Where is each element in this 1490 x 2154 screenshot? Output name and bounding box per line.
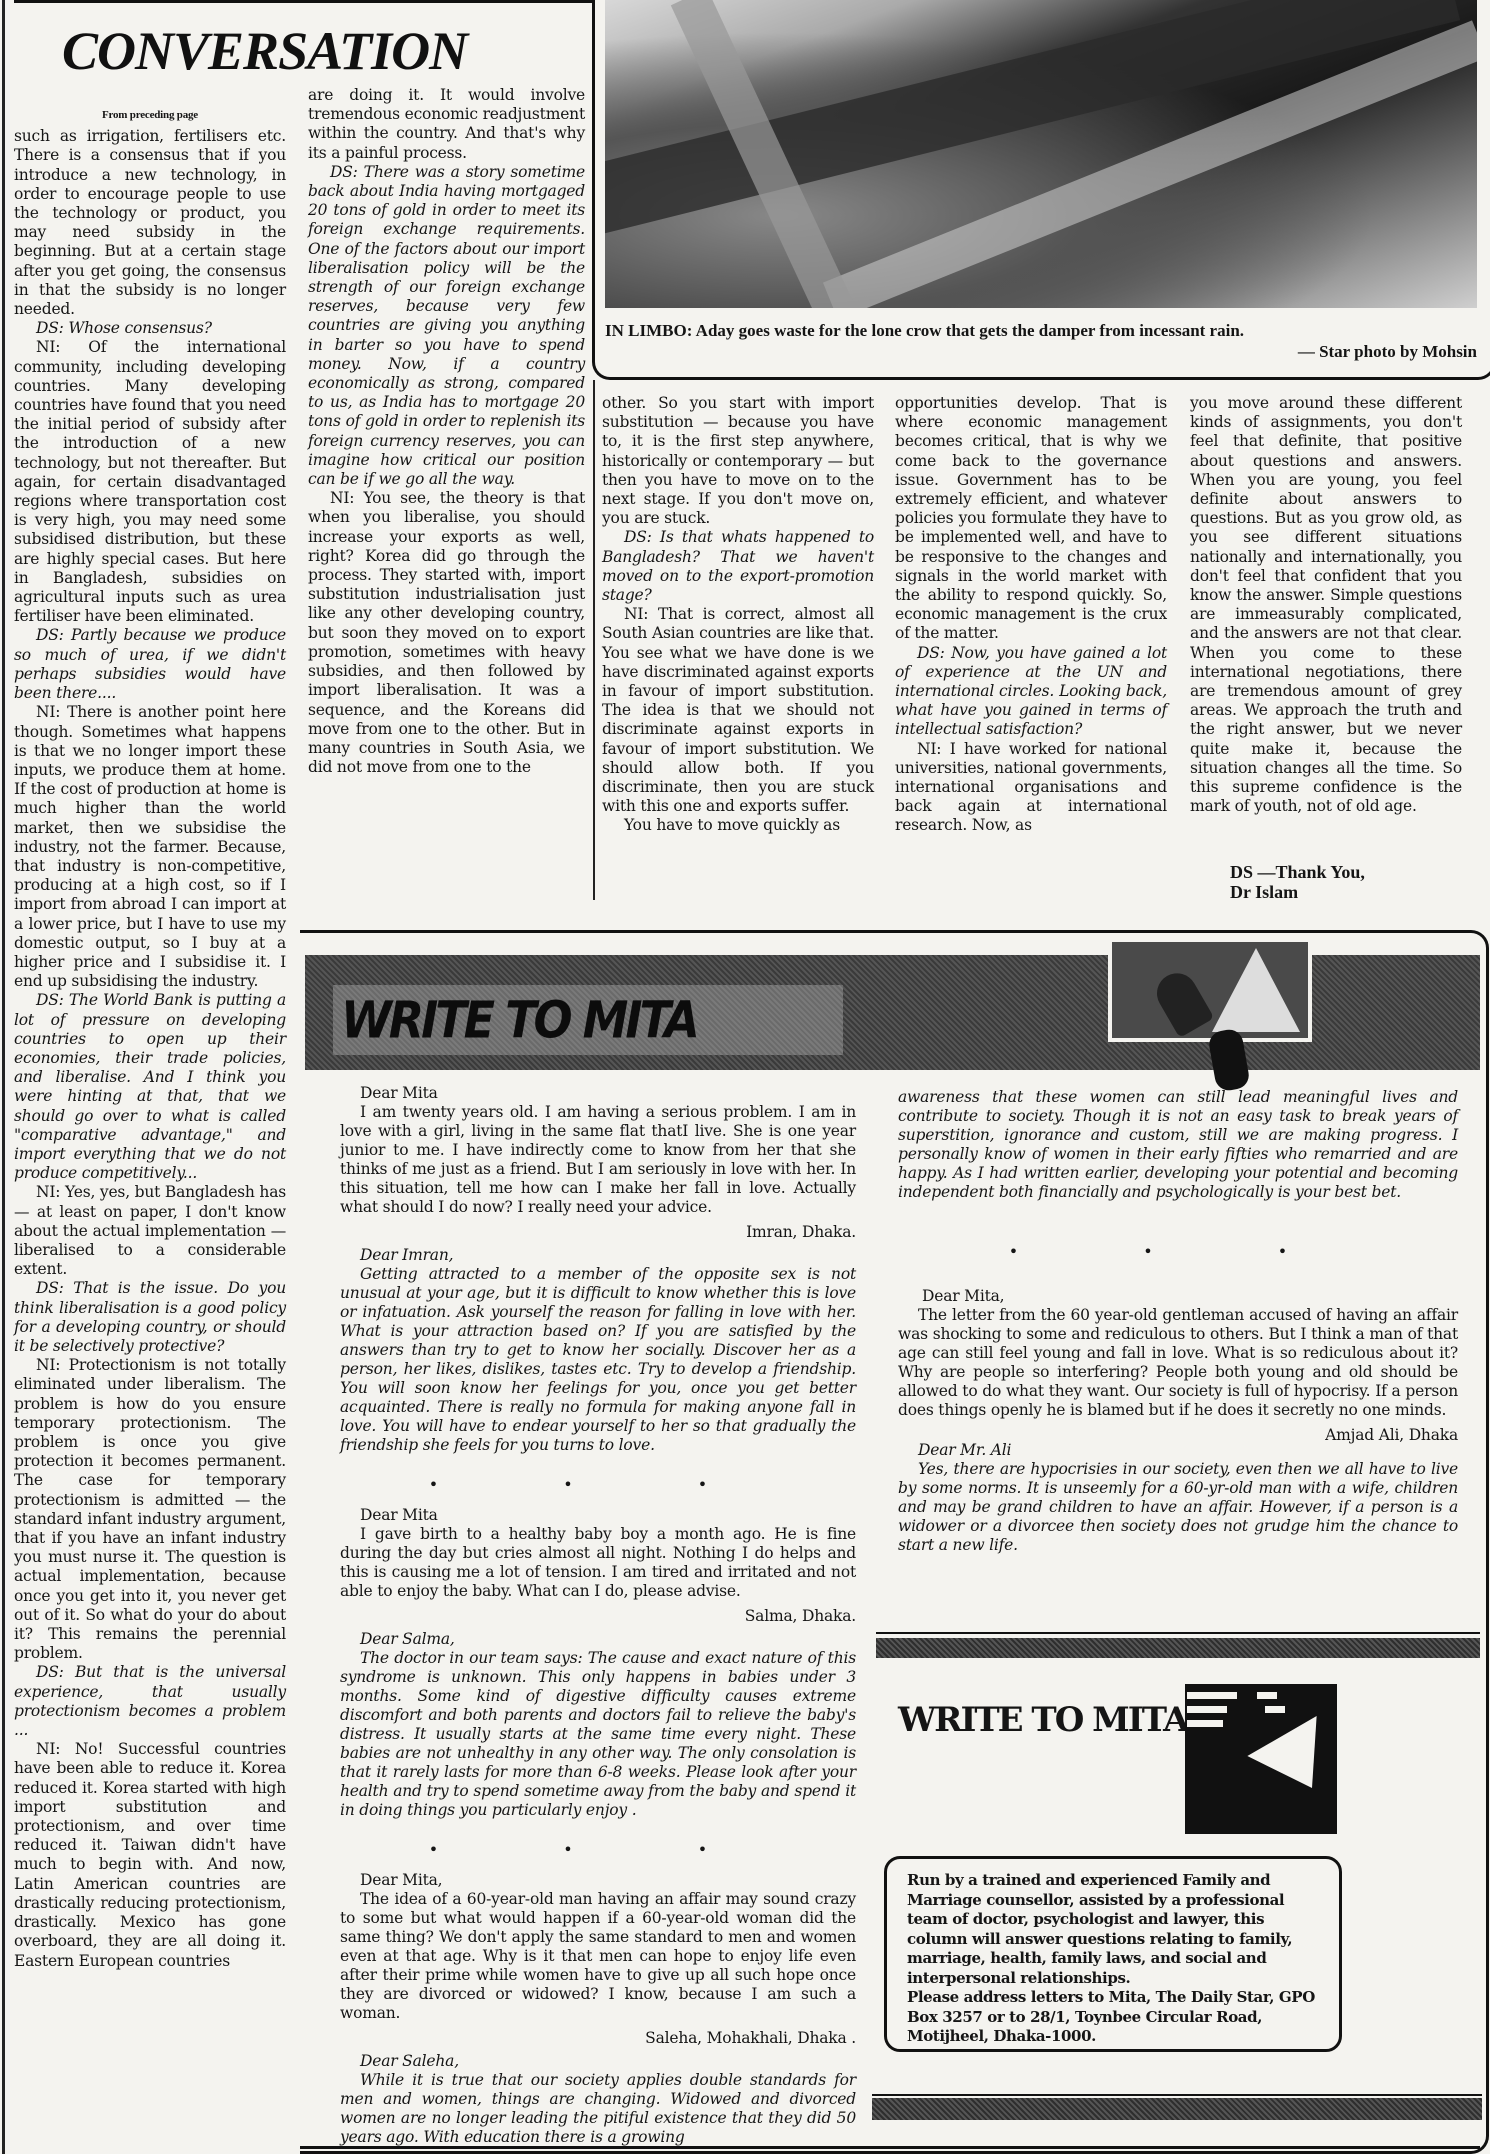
answer-paragraph: NI: No! Successful countries have been a… — [14, 1740, 286, 1970]
answer-paragraph: NI: There is another point here though. … — [14, 703, 286, 991]
answer-paragraph: NI: Protectionism is not totally elimina… — [14, 1356, 286, 1663]
answer-paragraph: are doing it. It would involve tremendou… — [308, 86, 585, 163]
question-paragraph: DS: Now, you have gained a lot of experi… — [895, 644, 1167, 740]
column-info-box: Run by a trained and experienced Family … — [884, 1856, 1342, 2052]
letter-separator: • • • — [340, 1475, 856, 1494]
reply-continuation: awareness that these women can still lea… — [898, 1088, 1458, 1202]
photo-frame: IN LIMBO: Aday goes waste for the lone c… — [592, 0, 1490, 380]
letter-signature: Saleha, Mohakhali, Dhaka . — [340, 2029, 856, 2048]
article-signoff: DS —Thank You, Dr Islam — [1230, 862, 1365, 902]
question-paragraph: DS: But that is the universal experience… — [14, 1663, 286, 1740]
caption-text: IN LIMBO: Aday goes waste for the lone c… — [605, 320, 1477, 341]
article-column-3: other. So you start with import substitu… — [602, 394, 874, 836]
letter-signature: Imran, Dhaka. — [340, 1223, 856, 1242]
photo-caption: IN LIMBO: Aday goes waste for the lone c… — [605, 320, 1477, 362]
page-left-rule — [2, 0, 5, 2154]
question-paragraph: DS: Whose consensus? — [14, 319, 286, 338]
separator-rule — [876, 1632, 1480, 1634]
reply-body: The doctor in our team says: The cause a… — [340, 1649, 856, 1820]
answer-paragraph: NI: Of the international community, incl… — [14, 338, 286, 626]
continuation-kicker: From preceding page — [14, 106, 286, 125]
photo-credit: — Star photo by Mohsin — [605, 341, 1477, 362]
answer-paragraph: such as irrigation, fertilisers etc. The… — [14, 127, 286, 319]
letters-right-column: awareness that these women can still lea… — [898, 1088, 1458, 1555]
write-to-mita-logo-title: WRITE TO MITA — [898, 1700, 1188, 1740]
answer-paragraph: NI: I have worked for national universit… — [895, 740, 1167, 836]
letter-salutation: Dear Mita, — [340, 1871, 856, 1890]
crow-photo — [605, 0, 1477, 308]
letter-separator: • • • — [340, 1840, 856, 1859]
letter-separator: • • • — [898, 1242, 1458, 1261]
question-paragraph: DS: That is the issue. Do you think libe… — [14, 1279, 286, 1356]
letter-salutation: Dear Mita — [340, 1506, 856, 1525]
letter-body: The letter from the 60 year-old gentlema… — [898, 1306, 1458, 1420]
question-paragraph: DS: Partly because we produce so much of… — [14, 626, 286, 703]
bottom-hatch-bar — [872, 2098, 1482, 2120]
article-column-4: opportunities develop. That is where eco… — [895, 394, 1167, 836]
info-address: Please address letters to Mita, The Dail… — [907, 1988, 1325, 2047]
letter-salutation: Dear Mita, — [898, 1287, 1458, 1306]
title-top-rule — [14, 0, 594, 3]
banner-title: WRITE TO MITA — [341, 990, 697, 1049]
answer-paragraph: NI: That is correct, almost all South As… — [602, 605, 874, 816]
article-column-5: you move around these different kinds of… — [1190, 394, 1462, 816]
letter-body: The idea of a 60-year-old man having an … — [340, 1890, 856, 2023]
question-paragraph: DS: The World Bank is putting a lot of p… — [14, 991, 286, 1183]
signoff-thanks: DS —Thank You, — [1230, 862, 1365, 882]
answer-paragraph: NI: Yes, yes, but Bangladesh has — at le… — [14, 1183, 286, 1279]
article-column-1: From preceding page such as irrigation, … — [14, 106, 286, 1971]
answer-paragraph: You have to move quickly as — [602, 816, 874, 835]
signoff-name: Dr Islam — [1230, 882, 1365, 902]
article-title: CONVERSATION — [62, 20, 467, 82]
letter-salutation: Dear Mita — [340, 1084, 856, 1103]
envelope-hand-photo — [1108, 938, 1312, 1042]
answer-paragraph: other. So you start with import substitu… — [602, 394, 874, 528]
reply-body: While it is true that our society applie… — [340, 2071, 856, 2147]
reply-salutation: Dear Salma, — [340, 1630, 856, 1649]
bottom-rule — [872, 2094, 1482, 2096]
answer-paragraph: you move around these different kinds of… — [1190, 394, 1462, 816]
letter-body: I gave birth to a healthy baby boy a mon… — [340, 1525, 856, 1601]
write-to-mita-logo-art — [1185, 1684, 1337, 1834]
reply-salutation: Dear Imran, — [340, 1246, 856, 1265]
letters-left-column: Dear MitaI am twenty years old. I am hav… — [340, 1084, 856, 2147]
answer-paragraph: opportunities develop. That is where eco… — [895, 394, 1167, 644]
reply-body: Getting attracted to a member of the opp… — [340, 1265, 856, 1455]
box-bottom-rule — [300, 2146, 1480, 2149]
reply-body: Yes, there are hypocrisies in our societ… — [898, 1460, 1458, 1555]
reply-salutation: Dear Saleha, — [340, 2052, 856, 2071]
info-description: Run by a trained and experienced Family … — [907, 1871, 1325, 1988]
article-column-2: are doing it. It would involve tremendou… — [308, 86, 585, 777]
letter-signature: Salma, Dhaka. — [340, 1607, 856, 1626]
separator-bar — [876, 1638, 1480, 1658]
question-paragraph: DS: There was a story sometime back abou… — [308, 163, 585, 489]
answer-paragraph: NI: You see, the theory is that when you… — [308, 489, 585, 777]
column-divider — [593, 380, 595, 900]
letter-body: I am twenty years old. I am having a ser… — [340, 1103, 856, 1217]
question-paragraph: DS: Is that whats happened to Bangladesh… — [602, 528, 874, 605]
